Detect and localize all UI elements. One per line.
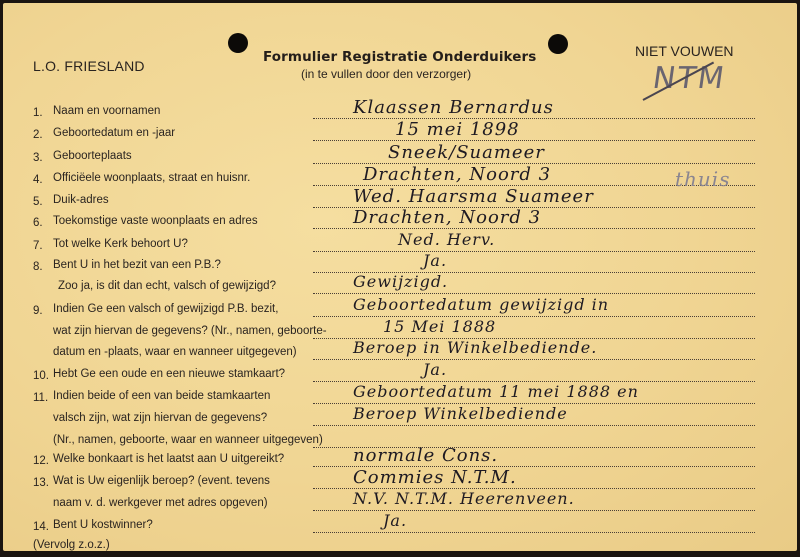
question-label: Tot welke Kerk behoort U? <box>53 238 188 250</box>
question-label: Bent U kostwinner? <box>53 519 153 531</box>
handwritten-answer[interactable]: 15 mei 1898 <box>395 119 520 140</box>
handwritten-answer[interactable]: 15 Mei 1888 <box>383 317 496 336</box>
question-label: Officiëele woonplaats, straat en huisnr. <box>53 172 250 184</box>
answer-line <box>313 228 755 229</box>
punch-hole-left <box>228 33 248 53</box>
registration-card: L.O. FRIESLAND Formulier Registratie Ond… <box>3 3 797 551</box>
question-label: Bent U in het bezit van een P.B.? <box>53 259 221 271</box>
question-label: Indien Ge een valsch of gewijzigd P.B. b… <box>53 303 278 315</box>
question-label: Welke bonkaart is het laatst aan U uitge… <box>53 453 284 465</box>
question-label: (Nr., namen, geboorte, waar en wanneer u… <box>53 434 323 446</box>
question-label: Geboortedatum en -jaar <box>53 127 175 139</box>
question-number: 8. <box>33 261 43 273</box>
handwritten-answer[interactable]: normale Cons. <box>353 445 498 466</box>
handwritten-answer[interactable]: Geboortedatum 11 mei 1888 en <box>353 382 639 401</box>
question-number: 1. <box>33 107 43 119</box>
question-number: 5. <box>33 196 43 208</box>
answer-line <box>313 425 755 426</box>
question-label: Toekomstige vaste woonplaats en adres <box>53 215 258 227</box>
question-label: wat zijn hiervan de gegevens? (Nr., name… <box>53 325 327 337</box>
continued-overleaf: (Vervolg z.o.z.) <box>33 539 110 551</box>
margin-note-thuis: thuis <box>675 167 730 191</box>
handwritten-answer[interactable]: N.V. N.T.M. Heerenveen. <box>353 489 575 508</box>
form-subtitle: (in te vullen door den verzorger) <box>301 67 471 81</box>
handwritten-answer[interactable]: Wed. Haarsma Suameer <box>353 186 594 207</box>
question-label: datum en -plaats, waar en wanneer uitgeg… <box>53 346 297 358</box>
question-number: 10. <box>33 370 49 382</box>
handwritten-answer[interactable]: Drachten, Noord 3 <box>363 164 551 185</box>
answer-line <box>313 359 755 360</box>
handwritten-answer[interactable]: Drachten, Noord 3 <box>353 207 541 228</box>
question-label: Hebt Ge een oude en een nieuwe stamkaart… <box>53 368 285 380</box>
question-number: 9. <box>33 305 43 317</box>
question-number: 4. <box>33 174 43 186</box>
handwritten-answer[interactable]: Klaassen Bernardus <box>353 97 554 118</box>
question-number: 3. <box>33 152 43 164</box>
question-number: 2. <box>33 129 43 141</box>
answer-line <box>313 293 755 294</box>
question-number: 11. <box>33 392 48 404</box>
answer-line <box>313 316 755 317</box>
handwritten-answer[interactable]: Commies N.T.M. <box>353 467 517 488</box>
question-number: 12. <box>33 455 49 467</box>
handwritten-answer[interactable]: Ja. <box>383 511 407 530</box>
answer-line <box>313 251 755 252</box>
handwritten-answer[interactable]: Gewijzigd. <box>353 272 448 291</box>
question-label: valsch zijn, wat zijn hiervan de gegeven… <box>53 412 267 424</box>
question-label: naam v. d. werkgever met adres opgeven) <box>53 497 268 509</box>
question-label: Naam en voornamen <box>53 105 160 117</box>
handwritten-answer[interactable]: Beroep in Winkelbediende. <box>353 338 597 357</box>
answer-line <box>313 140 755 141</box>
do-not-fold-label: NIET VOUWEN <box>635 43 734 59</box>
handwritten-answer[interactable]: Beroep Winkelbediende <box>353 404 568 423</box>
question-label: Indien beide of een van beide stamkaarte… <box>53 390 270 402</box>
answer-line <box>313 532 755 533</box>
question-number: 13. <box>33 477 49 489</box>
answer-line <box>313 118 755 119</box>
question-label: Wat is Uw eigenlijk beroep? (event. teve… <box>53 475 270 487</box>
question-number: 7. <box>33 240 43 252</box>
question-label: Duik-adres <box>53 194 109 206</box>
form-title: Formulier Registratie Onderduikers <box>263 49 563 65</box>
handwritten-answer[interactable]: Ja. <box>423 251 447 270</box>
answer-line <box>313 510 755 511</box>
question-label: Zoo ja, is dit dan echt, valsch of gewij… <box>58 280 276 292</box>
handwritten-answer[interactable]: Ned. Herv. <box>398 230 495 249</box>
handwritten-answer[interactable]: Sneek/Suameer <box>388 142 545 163</box>
handwritten-answer[interactable]: Ja. <box>423 360 447 379</box>
question-label: Geboorteplaats <box>53 150 132 162</box>
handwritten-answer[interactable]: Geboortedatum gewijzigd in <box>353 295 609 314</box>
question-number: 14. <box>33 521 49 533</box>
organization-label: L.O. FRIESLAND <box>33 58 145 74</box>
question-number: 6. <box>33 217 43 229</box>
